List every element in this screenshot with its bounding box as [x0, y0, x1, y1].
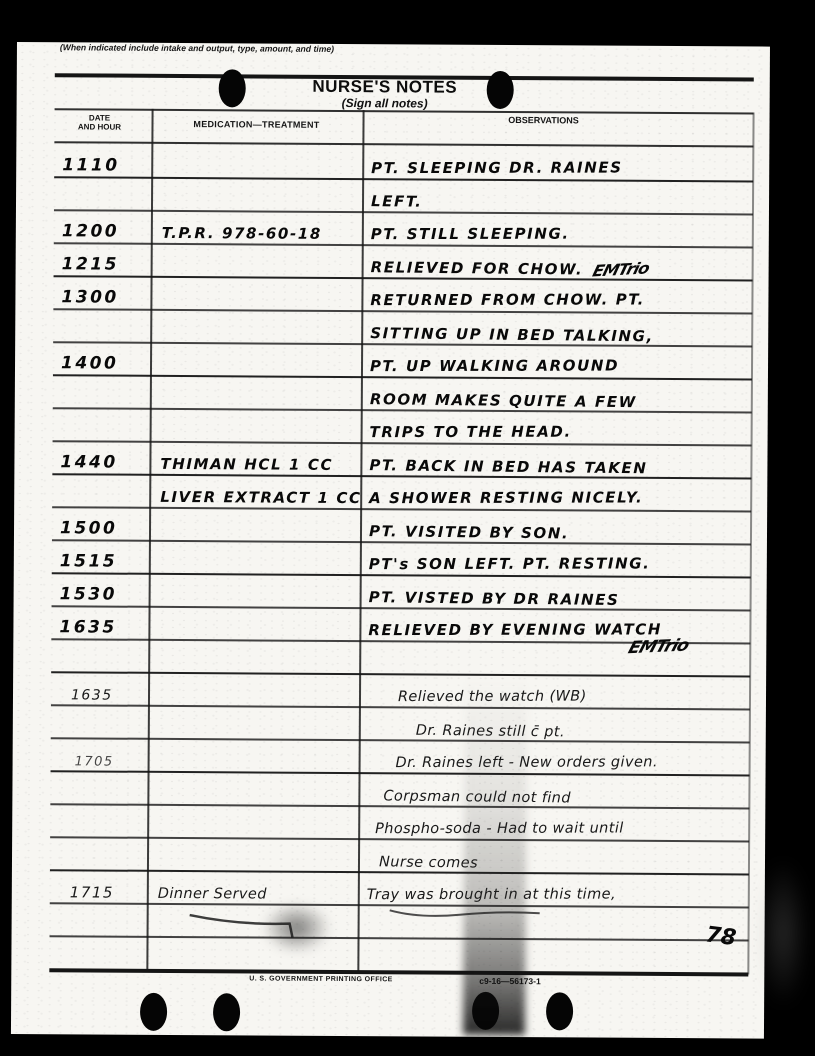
- stray-pen-strokes: [11, 42, 770, 1039]
- paper: NURSE'S NOTES (Sign all notes) DATE AND …: [11, 42, 770, 1039]
- scanner-noise: [758, 858, 808, 1008]
- scan-background: { "form": { "title": "NURSE'S NOTES", "s…: [0, 0, 815, 1056]
- signature: EMTrio: [626, 636, 692, 659]
